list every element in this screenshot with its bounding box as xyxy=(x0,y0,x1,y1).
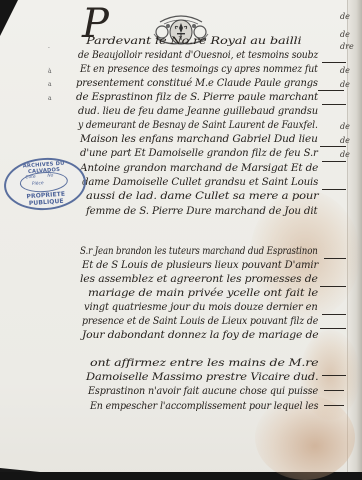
manuscript-line: mariage de main privée ycelle ont fait l… xyxy=(88,286,318,300)
manuscript-line: Jour dabondant donnez la foy de mariage … xyxy=(82,328,319,342)
margin-tick: a xyxy=(48,82,52,88)
margin-mark: de xyxy=(340,66,360,76)
line-filler-dash xyxy=(320,146,346,147)
manuscript-line: Et de S Louis de plusieurs lieux pouvant… xyxy=(82,258,318,272)
line-filler-dash xyxy=(320,286,346,287)
manuscript-line: Maison les enfans marchand Gabriel Dud l… xyxy=(80,132,318,146)
margin-mark: de xyxy=(340,136,360,146)
manuscript-line: dame Damoiselle Cullet grandsu et Saint … xyxy=(82,175,318,189)
margin-mark: de xyxy=(340,122,360,132)
manuscript-line: dud. lieu de feu dame Jeanne guillebaud … xyxy=(78,104,318,118)
manuscript-line: S.r Jean brandon les tuteurs marchand du… xyxy=(80,244,318,258)
line-filler-dash xyxy=(322,189,346,190)
manuscript-line: Et en presence des tesmoings cy apres no… xyxy=(80,62,318,76)
line-filler-dash xyxy=(322,375,346,376)
manuscript-line: vingt quatriesme jour du mois douze dern… xyxy=(84,300,318,314)
line-filler-dash xyxy=(324,390,344,391)
manuscript-line: Pardevant le No.re Royal au bailli xyxy=(86,34,301,48)
manuscript-line: aussi de lad. dame Cullet sa mere a pour xyxy=(86,189,318,203)
scanned-manuscript-page: P Pardevant le No.re Royal au bailli de … xyxy=(0,0,362,480)
line-filler-dash xyxy=(322,104,346,105)
line-filler-dash xyxy=(322,62,346,63)
margin-tick: a xyxy=(48,96,52,102)
line-filler-dash xyxy=(324,258,346,259)
manuscript-line: femme de S. Pierre Dure marchand de Jou … xyxy=(86,204,317,218)
manuscript-line: Esprastinon n'avoir fait aucune chose qu… xyxy=(88,384,318,398)
line-filler-dash xyxy=(322,314,346,315)
margin-mark: de xyxy=(340,12,360,22)
stamp-cote-label: Cote xyxy=(25,175,36,181)
margin-tick: à xyxy=(48,69,52,75)
manuscript-line: de Beaujolloir residant d'Ouesnoi, et te… xyxy=(78,48,318,62)
manuscript-line: En empescher l'accomplissement pour lequ… xyxy=(90,399,318,413)
margin-mark: de xyxy=(340,30,360,40)
manuscript-line: ont affirmez entre les mains de M.re xyxy=(90,356,318,370)
margin-mark: de xyxy=(340,80,360,90)
stamp-number-label: No xyxy=(47,173,53,178)
line-filler-dash xyxy=(320,328,346,329)
stamp-piece-label: Pièce xyxy=(32,181,44,187)
line-filler-dash xyxy=(322,161,346,162)
line-filler-dash xyxy=(318,90,344,91)
margin-mark: dre xyxy=(340,42,360,52)
manuscript-line: y demeurant de Besnay de Saint Laurent d… xyxy=(78,118,318,132)
margin-tick: · xyxy=(48,46,50,52)
manuscript-line: les assemblez et agreeront les promesses… xyxy=(80,272,318,286)
manuscript-line: presence et de Saint Louis de Lieux pouv… xyxy=(82,314,318,328)
line-filler-dash xyxy=(324,405,344,406)
manuscript-line: presentement constitué M.e Claude Paule … xyxy=(76,76,318,90)
manuscript-line: de Esprastinon filz de S. Pierre paule m… xyxy=(76,90,318,104)
manuscript-line: Damoiselle Massimo prestre Vicaire dud. xyxy=(86,370,318,384)
manuscript-line: d'une part Et Damoiselle grandon filz de… xyxy=(80,146,318,160)
margin-mark: de xyxy=(340,150,360,160)
manuscript-line: Antoine grandon marchand de Marsigat Et … xyxy=(80,161,318,175)
